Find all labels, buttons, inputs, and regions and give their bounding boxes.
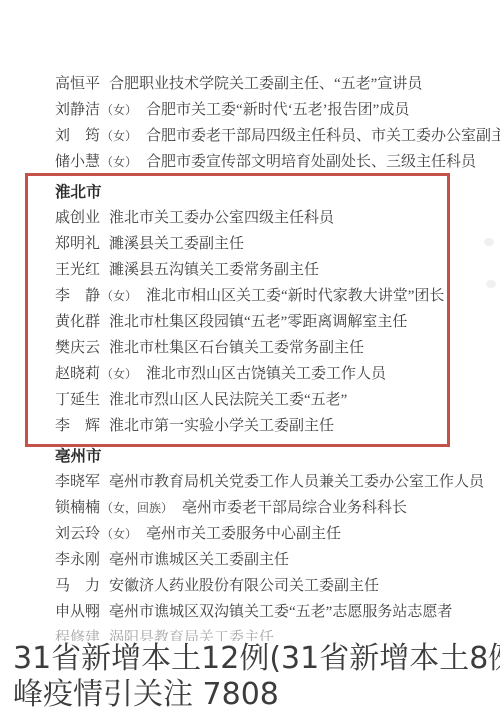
person-row: 李永刚亳州市谯城区关工委副主任 — [0, 547, 500, 573]
person-row: 李晓军亳州市教育局机关党委工作人员兼关工委办公室工作人员 — [0, 469, 500, 495]
person-title: 合肥职业技术学院关工委副主任、“五老”宣讲员 — [109, 76, 422, 92]
person-title: 合肥市委老干部局四级主任科员、市关工委办公室副主任 — [146, 128, 500, 144]
caption-line-2: 峰疫情引关注 7808 — [0, 677, 500, 713]
person-row: 樊庆云淮北市杜集区石台镇关工委常务副主任 — [0, 335, 500, 361]
person-title: 亳州市关工委服务中心副主任 — [146, 526, 341, 542]
person-name: 储小慧 — [55, 149, 100, 175]
person-title: 濉溪县五沟镇关工委常务副主任 — [109, 262, 319, 278]
person-name: 丁延生 — [55, 387, 100, 413]
person-name: 李 辉 — [55, 413, 100, 439]
person-row: 锁楠楠（女，回族）亳州市委老干部局综合业务科科长 — [0, 495, 500, 521]
person-name: 李永刚 — [55, 547, 100, 573]
person-name: 李 静 — [55, 283, 100, 309]
person-row: 马 力安徽济人药业股份有限公司关工委副主任 — [0, 573, 500, 599]
person-title: 淮北市杜集区段园镇“五老”零距离调解室主任 — [109, 314, 407, 330]
person-title: 亳州市谯城区关工委副主任 — [109, 552, 289, 568]
person-name: 申从翈 — [55, 599, 100, 625]
person-title: 濉溪县关工委副主任 — [109, 236, 244, 252]
document-page: 高恒平合肥职业技术学院关工委副主任、“五老”宣讲员刘静洁（女）合肥市关工委“新时… — [0, 0, 500, 651]
person-name: 刘 筠 — [55, 123, 100, 149]
person-title: 淮北市相山区关工委“新时代家教大讲堂”团长 — [146, 288, 444, 304]
person-note: （女） — [101, 103, 137, 117]
section-header: 淮北市 — [0, 175, 500, 205]
person-name: 李晓军 — [55, 469, 100, 495]
person-name: 王光红 — [55, 257, 100, 283]
person-row: 刘云玲（女）亳州市关工委服务中心副主任 — [0, 521, 500, 547]
person-title: 合肥市关工委“新时代‘五老’报告团”成员 — [146, 102, 409, 118]
person-note: （女） — [101, 155, 137, 169]
person-row: 郑明礼濉溪县关工委副主任 — [0, 231, 500, 257]
person-note: （女，回族） — [101, 501, 173, 515]
caption-line-1: 31省新增本土12例(31省新增本土8例)，鹤 — [0, 641, 500, 677]
person-row: 戚创业淮北市关工委办公室四级主任科员 — [0, 205, 500, 231]
person-name: 刘静洁 — [55, 97, 100, 123]
person-title: 亳州市教育局机关党委工作人员兼关工委办公室工作人员 — [109, 474, 484, 490]
person-title: 淮北市烈山区人民法院关工委“五老” — [109, 392, 347, 408]
person-title: 淮北市关工委办公室四级主任科员 — [109, 210, 334, 226]
section-header: 亳州市 — [0, 439, 500, 469]
person-note: （女） — [101, 527, 137, 541]
scan-artifact — [486, 280, 496, 288]
person-name: 马 力 — [55, 573, 100, 599]
person-name: 戚创业 — [55, 205, 100, 231]
person-row: 黄化群淮北市杜集区段园镇“五老”零距离调解室主任 — [0, 309, 500, 335]
person-name: 赵晓莉 — [55, 361, 100, 387]
person-name: 郑明礼 — [55, 231, 100, 257]
person-note: （女） — [101, 367, 137, 381]
person-name: 刘云玲 — [55, 521, 100, 547]
person-title: 亳州市委老干部局综合业务科科长 — [182, 500, 407, 516]
person-row: 丁延生淮北市烈山区人民法院关工委“五老” — [0, 387, 500, 413]
person-row: 刘静洁（女）合肥市关工委“新时代‘五老’报告团”成员 — [0, 97, 500, 123]
person-title: 淮北市烈山区古饶镇关工委工作人员 — [146, 366, 386, 382]
person-row: 李 静（女）淮北市相山区关工委“新时代家教大讲堂”团长 — [0, 283, 500, 309]
person-row: 王光红濉溪县五沟镇关工委常务副主任 — [0, 257, 500, 283]
person-name: 高恒平 — [55, 71, 100, 97]
scan-artifact — [484, 238, 494, 246]
person-title: 合肥市委宣传部文明培育处副处长、三级主任科员 — [146, 154, 476, 170]
caption-headline: 31省新增本土12例(31省新增本土8例)，鹤 峰疫情引关注 7808 — [0, 641, 500, 713]
person-name: 樊庆云 — [55, 335, 100, 361]
person-name: 锁楠楠 — [55, 495, 100, 521]
person-note: （女） — [101, 289, 137, 303]
person-name: 黄化群 — [55, 309, 100, 335]
person-row: 刘 筠（女）合肥市委老干部局四级主任科员、市关工委办公室副主任 — [0, 123, 500, 149]
person-note: （女） — [101, 129, 137, 143]
person-title: 安徽济人药业股份有限公司关工委副主任 — [109, 578, 379, 594]
person-title: 亳州市谯城区双沟镇关工委“五老”志愿服务站志愿者 — [109, 604, 452, 620]
person-row: 储小慧（女）合肥市委宣传部文明培育处副处长、三级主任科员 — [0, 149, 500, 175]
person-row: 赵晓莉（女）淮北市烈山区古饶镇关工委工作人员 — [0, 361, 500, 387]
person-title: 淮北市第一实验小学关工委副主任 — [109, 418, 334, 434]
person-row: 高恒平合肥职业技术学院关工委副主任、“五老”宣讲员 — [0, 71, 500, 97]
person-title: 淮北市杜集区石台镇关工委常务副主任 — [109, 340, 364, 356]
person-row: 李 辉淮北市第一实验小学关工委副主任 — [0, 413, 500, 439]
person-row: 申从翈亳州市谯城区双沟镇关工委“五老”志愿服务站志愿者 — [0, 599, 500, 625]
